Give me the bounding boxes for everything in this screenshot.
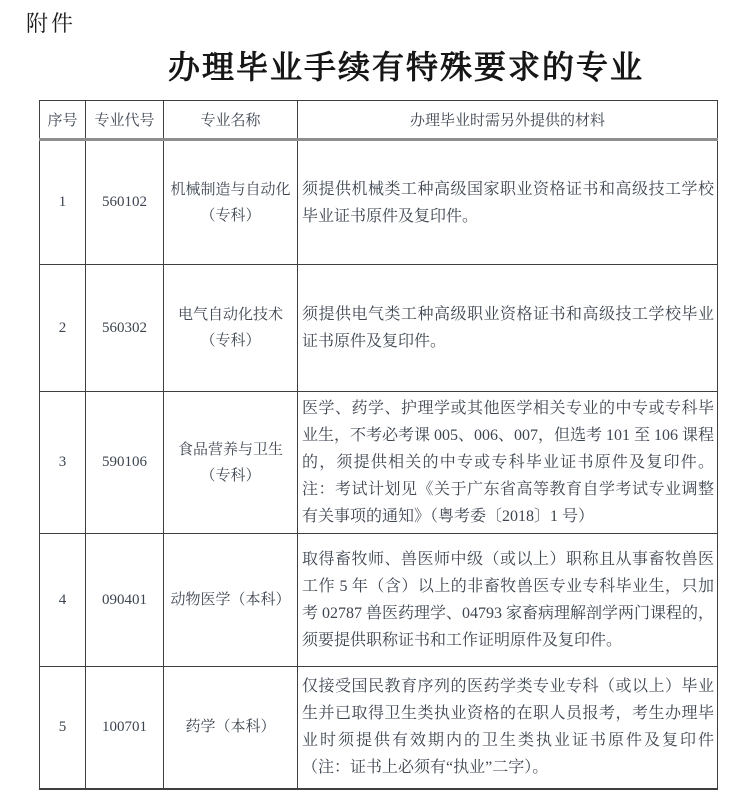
- special-requirements-table: 序号 专业代号 专业名称 办理毕业时需另外提供的材料 1 560102 机械制造…: [39, 100, 718, 790]
- cell-major-code: 090401: [86, 534, 164, 667]
- table-row: 4 090401 动物医学（本科） 取得畜牧师、兽医师中级（或以上）职称且从事畜…: [40, 534, 718, 667]
- col-header-seq-no: 序号: [40, 101, 86, 140]
- table-row: 5 100701 药学（本科） 仅接受国民教育序列的医药学类专业专科（或以上）毕…: [40, 667, 718, 789]
- cell-seq-no: 2: [40, 265, 86, 392]
- cell-materials: 须提供电气类工种高级职业资格证书和高级技工学校毕业证书原件及复印件。: [298, 265, 718, 392]
- cell-major-name: 药学（本科）: [164, 667, 298, 789]
- table-row: 2 560302 电气自动化技术 （专科） 须提供电气类工种高级职业资格证书和高…: [40, 265, 718, 392]
- page-title: 办理毕业手续有特殊要求的专业: [0, 42, 750, 88]
- cell-materials: 仅接受国民教育序列的医药学类专业专科（或以上）毕业生并已取得卫生类执业资格的在职…: [298, 667, 718, 789]
- attachment-label: 附件: [26, 7, 76, 38]
- col-header-major-code: 专业代号: [86, 101, 164, 140]
- cell-major-code: 100701: [86, 667, 164, 789]
- cell-materials: 取得畜牧师、兽医师中级（或以上）职称且从事畜牧兽医工作 5 年（含）以上的非畜牧…: [298, 534, 718, 667]
- cell-major-code: 560302: [86, 265, 164, 392]
- cell-major-code: 560102: [86, 140, 164, 265]
- col-header-materials: 办理毕业时需另外提供的材料: [298, 101, 718, 140]
- table-header-row: 序号 专业代号 专业名称 办理毕业时需另外提供的材料: [40, 101, 718, 140]
- table-row: 1 560102 机械制造与自动化 （专科） 须提供机械类工种高级国家职业资格证…: [40, 140, 718, 265]
- cell-materials: 医学、药学、护理学或其他医学相关专业的中专或专科毕业生，不考必考课 005、00…: [298, 392, 718, 534]
- table-row: 3 590106 食品营养与卫生 （专科） 医学、药学、护理学或其他医学相关专业…: [40, 392, 718, 534]
- cell-materials: 须提供机械类工种高级国家职业资格证书和高级技工学校毕业证书原件及复印件。: [298, 140, 718, 265]
- cell-seq-no: 4: [40, 534, 86, 667]
- cell-seq-no: 1: [40, 140, 86, 265]
- col-header-major-name: 专业名称: [164, 101, 298, 140]
- cell-major-name: 机械制造与自动化 （专科）: [164, 140, 298, 265]
- cell-major-name: 电气自动化技术 （专科）: [164, 265, 298, 392]
- cell-major-name: 食品营养与卫生 （专科）: [164, 392, 298, 534]
- cell-major-code: 590106: [86, 392, 164, 534]
- cell-major-name: 动物医学（本科）: [164, 534, 298, 667]
- cell-seq-no: 3: [40, 392, 86, 534]
- cell-seq-no: 5: [40, 667, 86, 789]
